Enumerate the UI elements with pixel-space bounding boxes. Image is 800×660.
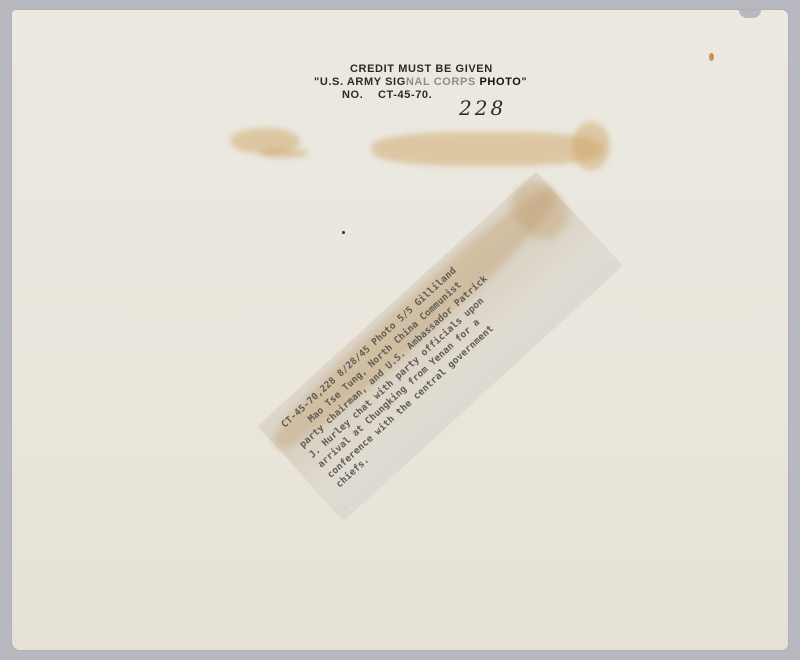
glue-stain-left-tail	[260, 148, 308, 158]
glue-stain-right	[572, 122, 610, 170]
ink-speck	[342, 231, 345, 234]
stamp-line-agency: "U.S. ARMY SIGNAL CORPS PHOTO"	[314, 76, 527, 89]
stamp-line-credit: CREDIT MUST BE GIVEN	[350, 63, 493, 76]
rust-spot	[709, 53, 714, 61]
glue-stain-main	[372, 132, 602, 166]
stamp-line-number: NO. CT-45-70.	[342, 89, 432, 102]
paper-edge-notch	[739, 10, 761, 18]
handwritten-number: 228	[459, 96, 506, 120]
